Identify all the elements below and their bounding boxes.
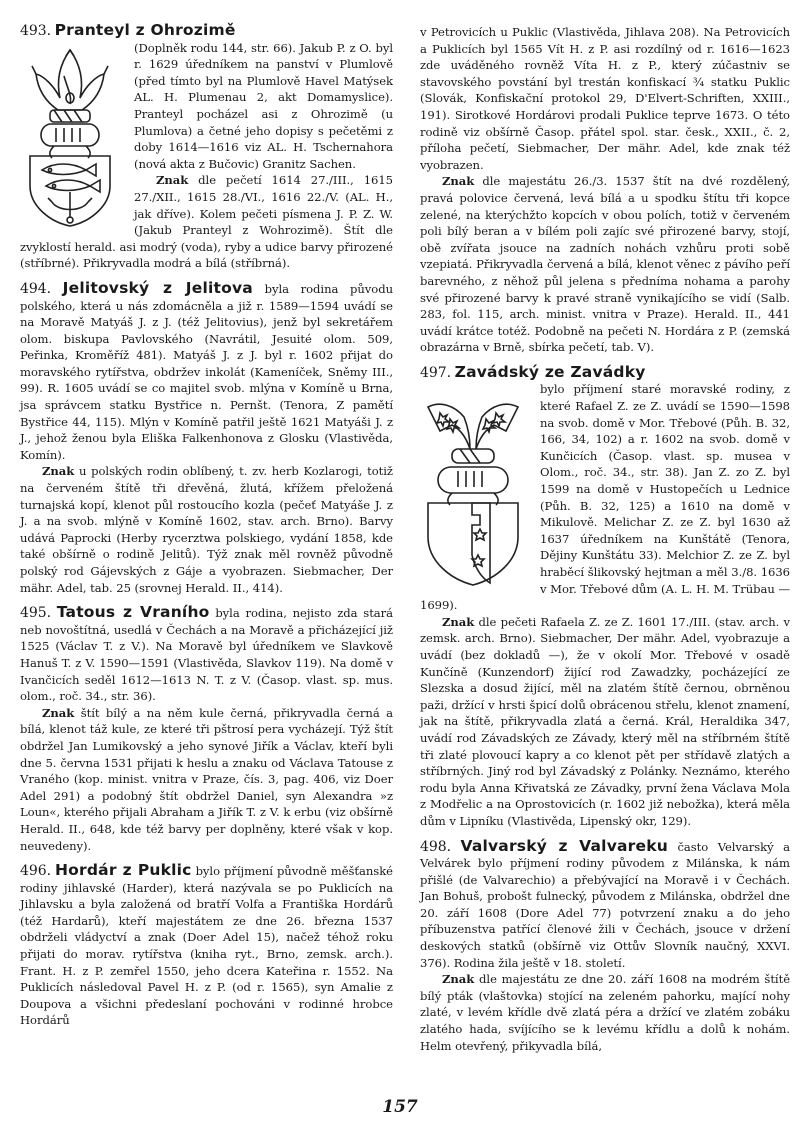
entry-number: 494. (20, 281, 51, 297)
znak-text: štít bílý a na něm kule černá, přikryvad… (20, 706, 393, 853)
entry-493: 493. Pranteyl z Ohrozimě (20, 22, 393, 272)
znak-text: dle majestátu 26./3. 1537 štít na dvé ro… (420, 174, 790, 354)
coat-of-arms-pranteyl-icon (20, 46, 120, 228)
entry-body: byla rodina původu polského, která u nás… (20, 282, 393, 462)
entry-497: 497. Zavádský ze Zavádky (420, 364, 790, 830)
entry-495: 495. Tatous z Vraního byla rodina, nejis… (20, 604, 393, 854)
entry-body: často Velvarský a Velvárek bylo příjmení… (420, 840, 790, 970)
znak-label: Znak (442, 174, 474, 188)
entry-family-name: Pranteyl z Ohrozimě (55, 21, 236, 39)
entry-znak-paragraph: Znak dle majestátu 26./3. 1537 štít na d… (420, 173, 790, 356)
entry-intro: 497. Zavádský ze Zavádky (420, 364, 790, 382)
znak-text: dle majestátu ze dne 20. září 1608 na mo… (420, 972, 790, 1052)
entry-intro: 498. Valvarský z Valvareku často Velvars… (420, 838, 790, 972)
entry-znak-paragraph: Znak dle majestátu ze dne 20. září 1608 … (420, 971, 790, 1054)
znak-label: Znak (156, 173, 188, 187)
entry-number: 497. (420, 365, 451, 381)
znak-text: dle pečeti Rafaela Z. ze Z. 1601 17./III… (420, 615, 790, 828)
entry-494: 494. Jelitovský z Jelitova byla rodina p… (20, 280, 393, 596)
entry-496: 496. Hordár z Puklic bylo příjmení původ… (20, 862, 393, 1029)
book-page: 493. Pranteyl z Ohrozimě (0, 0, 800, 1128)
entry-number: 496. (20, 863, 51, 879)
entry-znak-paragraph: Znak štít bílý a na něm kule černá, přik… (20, 705, 393, 854)
entry-intro: 496. Hordár z Puklic bylo příjmení původ… (20, 862, 393, 1029)
znak-label: Znak (42, 706, 74, 720)
entry-family-name: Hordár z Puklic (55, 861, 192, 879)
entry-znak-paragraph: Znak dle pečeti Rafaela Z. ze Z. 1601 17… (420, 614, 790, 830)
entry-number: 495. (20, 605, 51, 621)
right-column: v Petrovicích u Puklic (Vlastivěda, Jihl… (420, 24, 790, 1062)
entry-body: bylo příjmení původně měšťanské rodiny j… (20, 864, 393, 1027)
entry-number: 493. (20, 23, 51, 39)
znak-label: Znak (442, 615, 474, 629)
znak-text: u polských rodin oblíbený, t. zv. herb K… (20, 464, 393, 594)
entry-family-name: Jelitovský z Jelitova (63, 279, 253, 297)
znak-label: Znak (442, 972, 474, 986)
entry-number: 498. (420, 839, 451, 855)
entry-family-name: Valvarský z Valvareku (460, 837, 667, 855)
entry-496-continued: v Petrovicích u Puklic (Vlastivěda, Jihl… (420, 24, 790, 356)
entry-body: v Petrovicích u Puklic (Vlastivěda, Jihl… (420, 24, 790, 173)
entry-znak-paragraph: Znak u polských rodin oblíbený, t. zv. h… (20, 463, 393, 596)
znak-label: Znak (42, 464, 74, 478)
coat-of-arms-zavadsky-icon (420, 387, 526, 587)
entry-family-name: Zavádský ze Zavádky (455, 363, 646, 381)
entry-family-name: Tatous z Vraního (57, 603, 210, 621)
entry-intro: 494. Jelitovský z Jelitova byla rodina p… (20, 280, 393, 464)
entry-intro: 493. Pranteyl z Ohrozimě (20, 22, 393, 40)
entry-intro: 495. Tatous z Vraního byla rodina, nejis… (20, 604, 393, 705)
left-column: 493. Pranteyl z Ohrozimě (20, 22, 393, 1037)
page-number: 157 (0, 1097, 800, 1117)
entry-498: 498. Valvarský z Valvareku často Velvars… (420, 838, 790, 1055)
